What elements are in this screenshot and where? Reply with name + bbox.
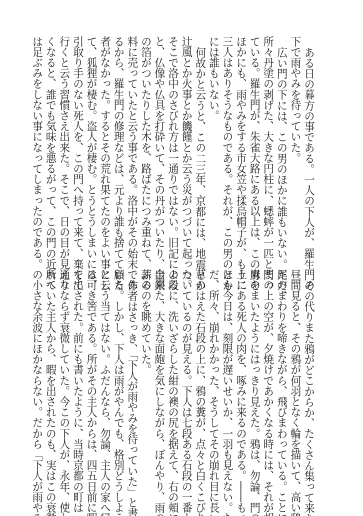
paragraph-line: ている。羅生門が、朱雀大路にある以上は、この男の: [247, 36, 261, 258]
paragraph-line: れていた主人から、暇を出されたのも、実はこの衰微: [43, 269, 57, 491]
paragraph-line: 引取り手のない死人を、この門へ持って来て、棄てて: [70, 36, 84, 258]
paragraph-line: 出来た、大きな面皰を気にしながら、ぼんやり、雨の: [152, 269, 166, 491]
paragraph-line: 作者はさっき、「下人が雨やみを待っていた」と書: [125, 269, 139, 491]
paragraph-line: 三人はありそうなものである。それが、この男のほか: [220, 36, 234, 258]
paragraph-line: 通りならず衰微していた。今この下人が、永年、使わ: [57, 269, 71, 491]
paragraph-line: いた。しかし、下人は雨がやんでも、格別どうしよう: [111, 269, 125, 491]
paragraph-line: 料に売っていたと云う事である。洛中がその始末であ: [125, 36, 139, 258]
paragraph-line: の箔がついたりした木を、路ばたにつみ重ねて、薪の: [138, 36, 152, 258]
paragraph-line: 何故かと云うと、この二三年、京都には、地震とか: [193, 36, 207, 258]
paragraph-line: て、狐狸が棲む。盗人が棲む。とうとうしまいには、: [84, 36, 98, 258]
paragraph-line: 昼間見ると、その鴉が何羽となく輪を描いて、高い鴟: [288, 269, 302, 491]
paragraph-line: の段に、洗いざらした紺の襖の尻を据えて、右の頬に: [165, 269, 179, 491]
paragraph-line: 門の上の空が、夕焼けであかくなる時には、それが胡: [261, 269, 275, 491]
paragraph-line: 所々丹塗の剥げた、大きな円柱に、蟋蟀が一匹とまっ: [261, 36, 275, 258]
paragraph-line: だ、所々、崩れかかった、そうしてその崩れ目に長い: [206, 269, 220, 491]
top-text-block: ある日の暮方の事である。一人の下人が、羅生門の 下で雨やみを待っていた。 広い門…: [25, 36, 315, 258]
paragraph-line: 広い門の下には、この男のほかに誰もいない。ただ、: [274, 36, 288, 258]
paragraph-line: と、仏像や仏具を打砕いて、その丹がついたり、金銀: [152, 36, 166, 258]
paragraph-line: 下で雨やみを待っていた。: [288, 36, 302, 258]
paragraph-line: その代りまた鴉がどこからか、たくさん集って来た。: [301, 269, 315, 491]
paragraph-line: には誰もいない。: [206, 36, 220, 258]
paragraph-line: は足ぶみをしない事になってしまったのである。: [30, 36, 44, 258]
bottom-text-block: その代りまた鴉がどこからか、たくさん集って来た。 昼間見ると、その鴉が何羽となく…: [25, 269, 315, 491]
paragraph-line: 草のはえた石段の上に、鴉の糞が、点々と白くこびり: [193, 269, 207, 491]
paragraph-line: 者がなかった。するとその荒れ果てたのをよい事にし: [98, 36, 112, 258]
paragraph-line: 辻風とか火事とか饑饉とか云う災がつづいて起った。: [179, 36, 193, 258]
paragraph-line: 尾のまわりを啼きながら、飛びまわっている。ことに: [274, 269, 288, 491]
paragraph-line: 上にある死人の肉を、啄みに来るのである。――もっ: [233, 269, 247, 491]
paragraph-line: 麻をまいたようにはっきり見えた。鴉は、勿論、門の: [247, 269, 261, 491]
paragraph-line: 行くと云う習慣さえ出来た。そこで、日の目が見えな: [57, 36, 71, 258]
paragraph-line: とも今日は、刻限が遅いせいか、一羽も見えない。た: [220, 269, 234, 491]
paragraph-line: を出された。前にも書いたように、当時京都の町は一: [70, 269, 84, 491]
paragraph-line: ふるのを眺めていた。: [138, 269, 152, 491]
document-page: ある日の暮方の事である。一人の下人が、羅生門の 下で雨やみを待っていた。 広い門…: [0, 0, 363, 516]
paragraph-line: くなると、誰でも気味を悪るがって、この門の近所へ: [43, 36, 57, 258]
paragraph-line: ついているのが見える。下人は七段ある石段の一番上: [179, 269, 193, 491]
paragraph-line: ある日の暮方の事である。一人の下人が、羅生門の: [301, 36, 315, 258]
paragraph-line: ほかにも、雨やみをする市女笠や揉烏帽子が、もう二: [233, 36, 247, 258]
paragraph-line: と云う当てはない。ふだんなら、勿論、主人の家へ帰: [98, 269, 112, 491]
paragraph-line: の小さな余波にほかならない。だから「下人が雨やみ: [30, 269, 44, 491]
paragraph-line: そこで洛中のさびれ方は一通りではない。旧記による: [165, 36, 179, 258]
paragraph-line: るから、羅生門の修理などは、元より誰も捨てて顧る: [111, 36, 125, 258]
paragraph-line: る可き筈である。所がその主人からは、四五日前に暇: [84, 269, 98, 491]
